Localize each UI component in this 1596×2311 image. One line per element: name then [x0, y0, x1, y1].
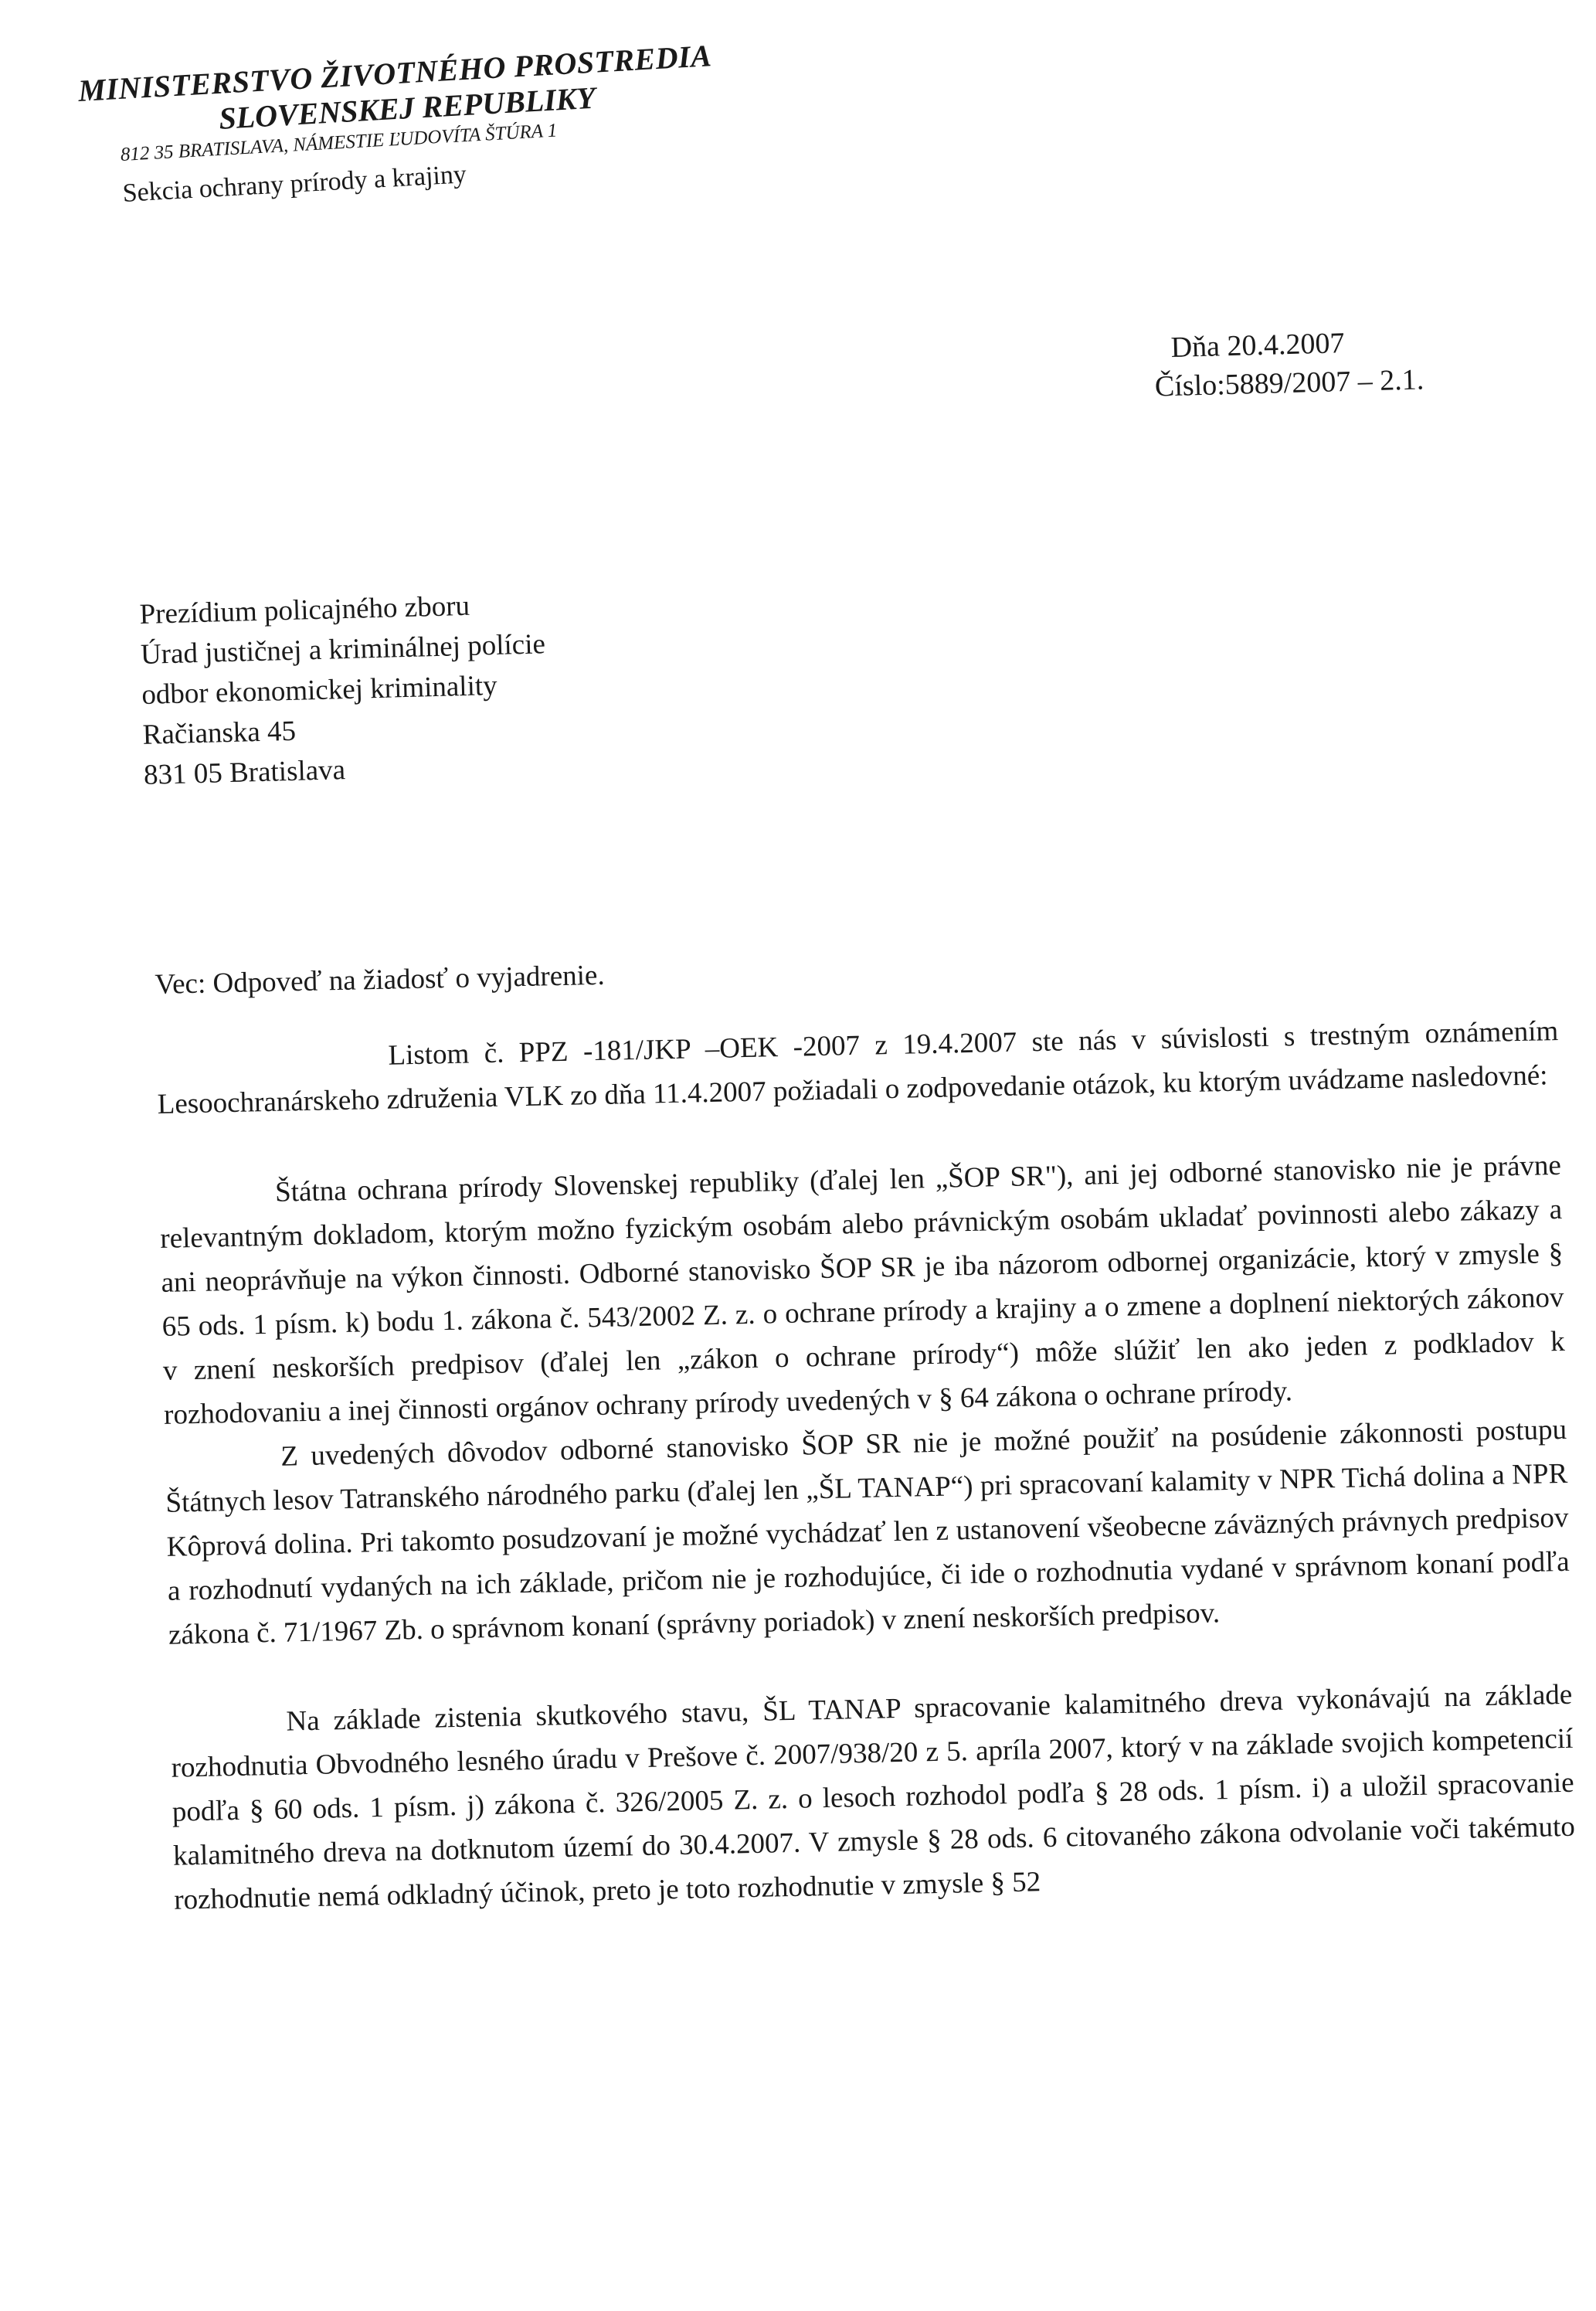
letterhead: MINISTERSTVO ŽIVOTNÉHO PROSTREDIA SLOVEN…: [77, 32, 818, 216]
reference-number: Číslo:5889/2007 – 2.1.: [1154, 360, 1425, 406]
paragraph: Na základe zistenia skutkového stavu, ŠL…: [170, 1673, 1577, 1922]
paragraph: Z uvedených dôvodov odborné stanovisko Š…: [165, 1408, 1571, 1657]
paragraph: Listom č. PPZ -181/JKP –OEK -2007 z 19.4…: [156, 1009, 1560, 1127]
letter-date: Dňa 20.4.2007: [1170, 321, 1424, 367]
recipient-address: Prezídium policajného zboru Úrad justičn…: [139, 584, 549, 796]
subject-line: Vec: Odpoveď na žiadosť o vyjadrenie.: [155, 936, 1557, 1004]
paragraph: Štátna ochrana prírody Slovenskej republ…: [159, 1144, 1567, 1437]
letter-page: MINISTERSTVO ŽIVOTNÉHO PROSTREDIA SLOVEN…: [0, 0, 1596, 2311]
date-reference-block: Dňa 20.4.2007 Číslo:5889/2007 – 2.1.: [1170, 321, 1425, 406]
letter-body: Vec: Odpoveď na žiadosť o vyjadrenie. Li…: [155, 936, 1577, 1922]
